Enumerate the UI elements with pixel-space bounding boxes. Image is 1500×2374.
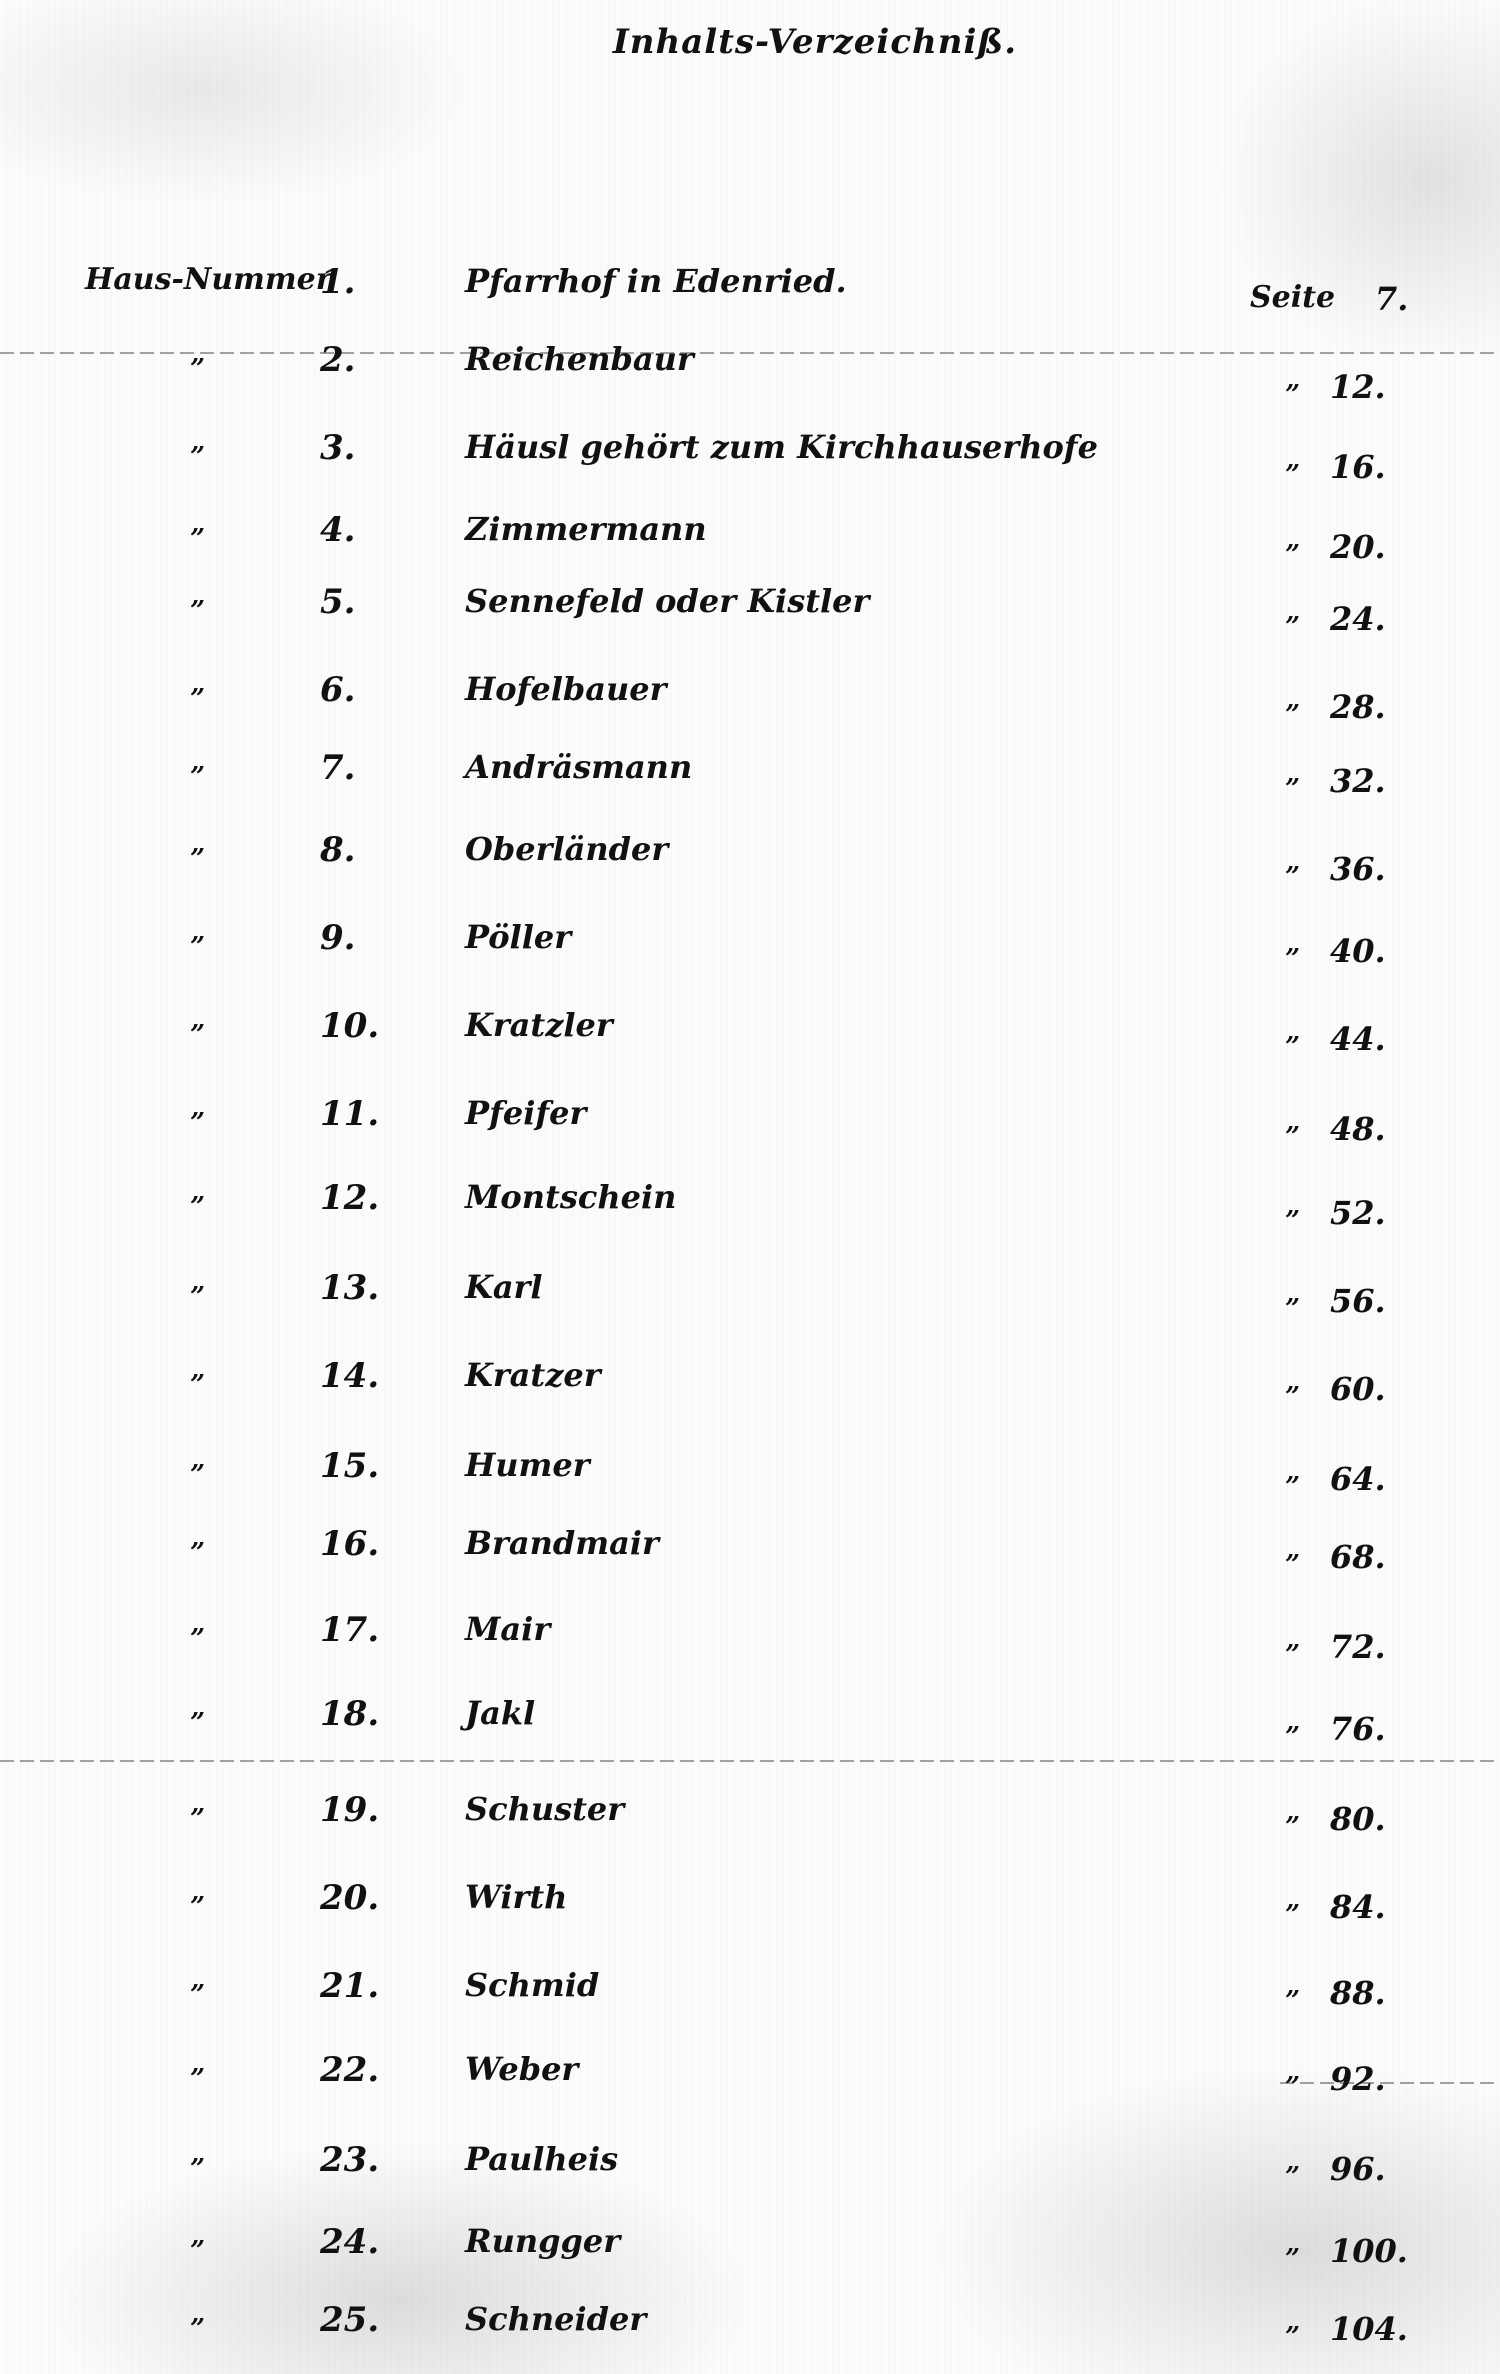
page-ditto-mark: ”	[1285, 2162, 1300, 2192]
page-number: 36.	[1330, 850, 1386, 888]
house-name: Pfarrhof in Edenried.	[465, 262, 847, 300]
page-number: 12.	[1330, 368, 1386, 406]
page-ditto-mark: ”	[1285, 1032, 1300, 1062]
house-name: Schneider	[465, 2300, 646, 2338]
house-number-header: Haus-Nummer	[85, 262, 332, 297]
page-ditto-mark: ”	[1285, 2322, 1300, 2352]
paper-background	[0, 0, 1500, 2374]
house-name: Kratzler	[465, 1006, 613, 1044]
house-number: 5.	[320, 582, 400, 622]
page-ditto-mark: ”	[1285, 1206, 1300, 1236]
page-ditto-mark: ”	[1285, 1382, 1300, 1412]
ditto-mark: ”	[190, 1708, 205, 1738]
house-name: Zimmermann	[465, 510, 707, 548]
ditto-mark: ”	[190, 762, 205, 792]
house-number: 7.	[320, 748, 400, 788]
page-ditto-mark: ”	[1285, 2244, 1300, 2274]
page-number: 76.	[1330, 1710, 1386, 1748]
ditto-mark: ”	[190, 2314, 205, 2344]
page-ditto-mark: ”	[1285, 380, 1300, 410]
page-ditto-mark: ”	[1285, 1986, 1300, 2016]
house-number: 4.	[320, 510, 400, 550]
ruled-line	[0, 1760, 1500, 1762]
page-number: 44.	[1330, 1020, 1386, 1058]
house-name: Schuster	[465, 1790, 624, 1828]
house-name: Wirth	[465, 1878, 567, 1916]
ditto-mark: ”	[190, 1282, 205, 1312]
page-ditto-mark: ”	[1285, 1472, 1300, 1502]
ditto-mark: ”	[190, 596, 205, 626]
house-number: 13.	[320, 1268, 400, 1308]
page-number: 28.	[1330, 688, 1386, 726]
page-ditto-mark: ”	[1285, 2072, 1300, 2102]
page-number: 92.	[1330, 2060, 1386, 2098]
house-number: 20.	[320, 1878, 400, 1918]
page-ditto-mark: ”	[1285, 1812, 1300, 1842]
ditto-mark: ”	[190, 844, 205, 874]
house-number: 9.	[320, 918, 400, 958]
ditto-mark: ”	[190, 442, 205, 472]
house-number: 6.	[320, 670, 400, 710]
ditto-mark: ”	[190, 2154, 205, 2184]
house-name: Hofelbauer	[465, 670, 666, 708]
page-number: 60.	[1330, 1370, 1386, 1408]
house-name: Andräsmann	[465, 748, 692, 786]
house-name: Sennefeld oder Kistler	[465, 582, 869, 620]
page-number: 7.	[1375, 280, 1408, 318]
page-number: 100.	[1330, 2232, 1408, 2270]
page-column-header: Seite	[1250, 280, 1335, 315]
house-number: 8.	[320, 830, 400, 870]
ruled-line	[1280, 2082, 1500, 2084]
house-name: Kratzer	[465, 1356, 601, 1394]
page-number: 84.	[1330, 1888, 1386, 1926]
ditto-mark: ”	[190, 1192, 205, 1222]
page-number: 40.	[1330, 932, 1386, 970]
page-ditto-mark: ”	[1285, 1722, 1300, 1752]
ditto-mark: ”	[190, 1892, 205, 1922]
ditto-mark: ”	[190, 1370, 205, 1400]
house-name: Schmid	[465, 1966, 599, 2004]
page-number: 52.	[1330, 1194, 1386, 1232]
page-ditto-mark: ”	[1285, 612, 1300, 642]
house-number: 14.	[320, 1356, 400, 1396]
ditto-mark: ”	[190, 932, 205, 962]
page-number: 20.	[1330, 528, 1386, 566]
house-name: Pfeifer	[465, 1094, 586, 1132]
page-number: 96.	[1330, 2150, 1386, 2188]
ditto-mark: ”	[190, 1460, 205, 1490]
page-ditto-mark: ”	[1285, 774, 1300, 804]
ditto-mark: ”	[190, 1804, 205, 1834]
ditto-mark: ”	[190, 354, 205, 384]
page-number: 80.	[1330, 1800, 1386, 1838]
house-number: 10.	[320, 1006, 400, 1046]
house-name: Jakl	[465, 1694, 535, 1732]
house-number: 12.	[320, 1178, 400, 1218]
page-ditto-mark: ”	[1285, 1640, 1300, 1670]
ditto-mark: ”	[190, 1980, 205, 2010]
page-ditto-mark: ”	[1285, 460, 1300, 490]
house-name: Karl	[465, 1268, 543, 1306]
ditto-mark: ”	[190, 1538, 205, 1568]
page-number: 88.	[1330, 1974, 1386, 2012]
house-name: Oberländer	[465, 830, 668, 868]
house-number: 18.	[320, 1694, 400, 1734]
page-number: 68.	[1330, 1538, 1386, 1576]
house-number: 16.	[320, 1524, 400, 1564]
page-ditto-mark: ”	[1285, 700, 1300, 730]
page-number: 64.	[1330, 1460, 1386, 1498]
page-ditto-mark: ”	[1285, 944, 1300, 974]
house-number: 25.	[320, 2300, 400, 2340]
house-name: Montschein	[465, 1178, 676, 1216]
ditto-mark: ”	[190, 1624, 205, 1654]
house-number: 2.	[320, 340, 400, 380]
page-number: 16.	[1330, 448, 1386, 486]
page-number: 32.	[1330, 762, 1386, 800]
page-number: 72.	[1330, 1628, 1386, 1666]
house-name: Humer	[465, 1446, 590, 1484]
page-ditto-mark: ”	[1285, 862, 1300, 892]
index-entry: ”25.Schneider”104.	[0, 0, 1500, 60]
house-name: Brandmair	[465, 1524, 659, 1562]
house-number: 22.	[320, 2050, 400, 2090]
ditto-mark: ”	[190, 684, 205, 714]
page-number: 48.	[1330, 1110, 1386, 1148]
house-number: 17.	[320, 1610, 400, 1650]
house-name: Rungger	[465, 2222, 620, 2260]
page-number: 104.	[1330, 2310, 1408, 2348]
ditto-mark: ”	[190, 2236, 205, 2266]
page-ditto-mark: ”	[1285, 540, 1300, 570]
ruled-line	[0, 352, 1500, 354]
page-number: 24.	[1330, 600, 1386, 638]
page-number: 56.	[1330, 1282, 1386, 1320]
house-number: 1.	[320, 262, 400, 302]
page-ditto-mark: ”	[1285, 1294, 1300, 1324]
house-number: 15.	[320, 1446, 400, 1486]
house-number: 23.	[320, 2140, 400, 2180]
house-name: Reichenbaur	[465, 340, 694, 378]
page-ditto-mark: ”	[1285, 1550, 1300, 1580]
page-ditto-mark: ”	[1285, 1900, 1300, 1930]
house-name: Mair	[465, 1610, 550, 1648]
house-number: 3.	[320, 428, 400, 468]
ditto-mark: ”	[190, 2064, 205, 2094]
ditto-mark: ”	[190, 1020, 205, 1050]
page-ditto-mark: ”	[1285, 1122, 1300, 1152]
house-name: Pöller	[465, 918, 571, 956]
house-name: Häusl gehört zum Kirchhauserhofe	[465, 428, 1098, 466]
ditto-mark: ”	[190, 524, 205, 554]
house-number: 21.	[320, 1966, 400, 2006]
house-number: 11.	[320, 1094, 400, 1134]
house-number: 19.	[320, 1790, 400, 1830]
house-name: Paulheis	[465, 2140, 618, 2178]
house-number: 24.	[320, 2222, 400, 2262]
house-name: Weber	[465, 2050, 578, 2088]
ditto-mark: ”	[190, 1108, 205, 1138]
